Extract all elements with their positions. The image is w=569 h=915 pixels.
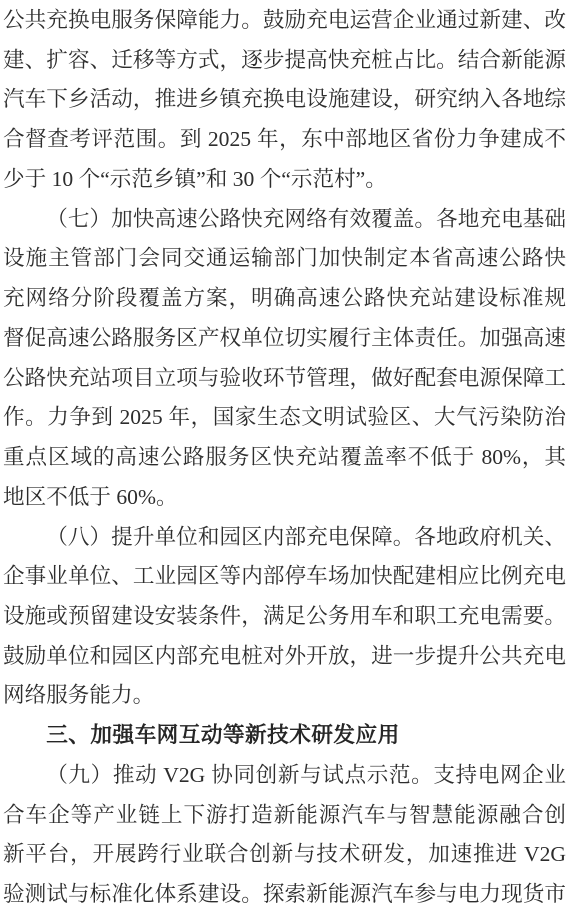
text-line: 建、扩容、迁移等方式，逐步提高快充桩占比。结合新能源 — [3, 41, 566, 81]
text-line: 地区不低于 60%。 — [3, 478, 566, 518]
text-line: 充网络分阶段覆盖方案，明确高速公路快充站建设标准规范， — [3, 279, 566, 319]
text-line: 合督查考评范围。到 2025 年，东中部地区省份力争建成不 — [3, 120, 566, 160]
text-line: 重点区域的高速公路服务区快充站覆盖率不低于 80%，其他 — [3, 438, 566, 478]
text-line: 合车企等产业链上下游打造新能源汽车与智慧能源融合创 — [3, 796, 566, 836]
text-line: （八）提升单位和园区内部充电保障。各地政府机关、 — [3, 518, 566, 558]
text-line: 网络服务能力。 — [3, 676, 566, 716]
text-line: 公共充换电服务保障能力。鼓励充电运营企业通过新建、改 — [3, 1, 566, 41]
paragraph: 公共充换电服务保障能力。鼓励充电运营企业通过新建、改 建、扩容、迁移等方式，逐步… — [3, 1, 566, 200]
text-line: 督促高速公路服务区产权单位切实履行主体责任。加强高速 — [3, 319, 566, 359]
section-heading-text: 三、加强车网互动等新技术研发应用 — [3, 716, 566, 756]
text-line: 新平台，开展跨行业联合创新与技术研发，加速推进 V2G 试 — [3, 835, 566, 875]
text-line: （九）推动 V2G 协同创新与试点示范。支持电网企业联 — [3, 756, 566, 796]
text-line: 鼓励单位和园区内部充电桩对外开放，进一步提升公共充电 — [3, 637, 566, 677]
section-heading: 三、加强车网互动等新技术研发应用 — [3, 716, 566, 756]
text-line: 汽车下乡活动，推进乡镇充换电设施建设，研究纳入各地综 — [3, 80, 566, 120]
text-line: 设施或预留建设安装条件，满足公务用车和职工充电需要。 — [3, 597, 566, 637]
text-line: （七）加快高速公路快充网络有效覆盖。各地充电基础 — [3, 200, 566, 240]
paragraph: （八）提升单位和园区内部充电保障。各地政府机关、 企事业单位、工业园区等内部停车… — [3, 518, 566, 717]
paragraph: （七）加快高速公路快充网络有效覆盖。各地充电基础 设施主管部门会同交通运输部门加… — [3, 200, 566, 518]
text-line: 少于 10 个“示范乡镇”和 30 个“示范村”。 — [3, 160, 566, 200]
text-line: 作。力争到 2025 年，国家生态文明试验区、大气污染防治 — [3, 398, 566, 438]
text-line: 设施主管部门会同交通运输部门加快制定本省高速公路快 — [3, 239, 566, 279]
document-page: 公共充换电服务保障能力。鼓励充电运营企业通过新建、改 建、扩容、迁移等方式，逐步… — [0, 0, 569, 915]
text-line: 企事业单位、工业园区等内部停车场加快配建相应比例充电 — [3, 557, 566, 597]
text-line: 公路快充站项目立项与验收环节管理，做好配套电源保障工 — [3, 359, 566, 399]
text-line: 验测试与标准化体系建设。探索新能源汽车参与电力现货市 — [3, 875, 566, 915]
paragraph: （九）推动 V2G 协同创新与试点示范。支持电网企业联 合车企等产业链上下游打造… — [3, 756, 566, 915]
